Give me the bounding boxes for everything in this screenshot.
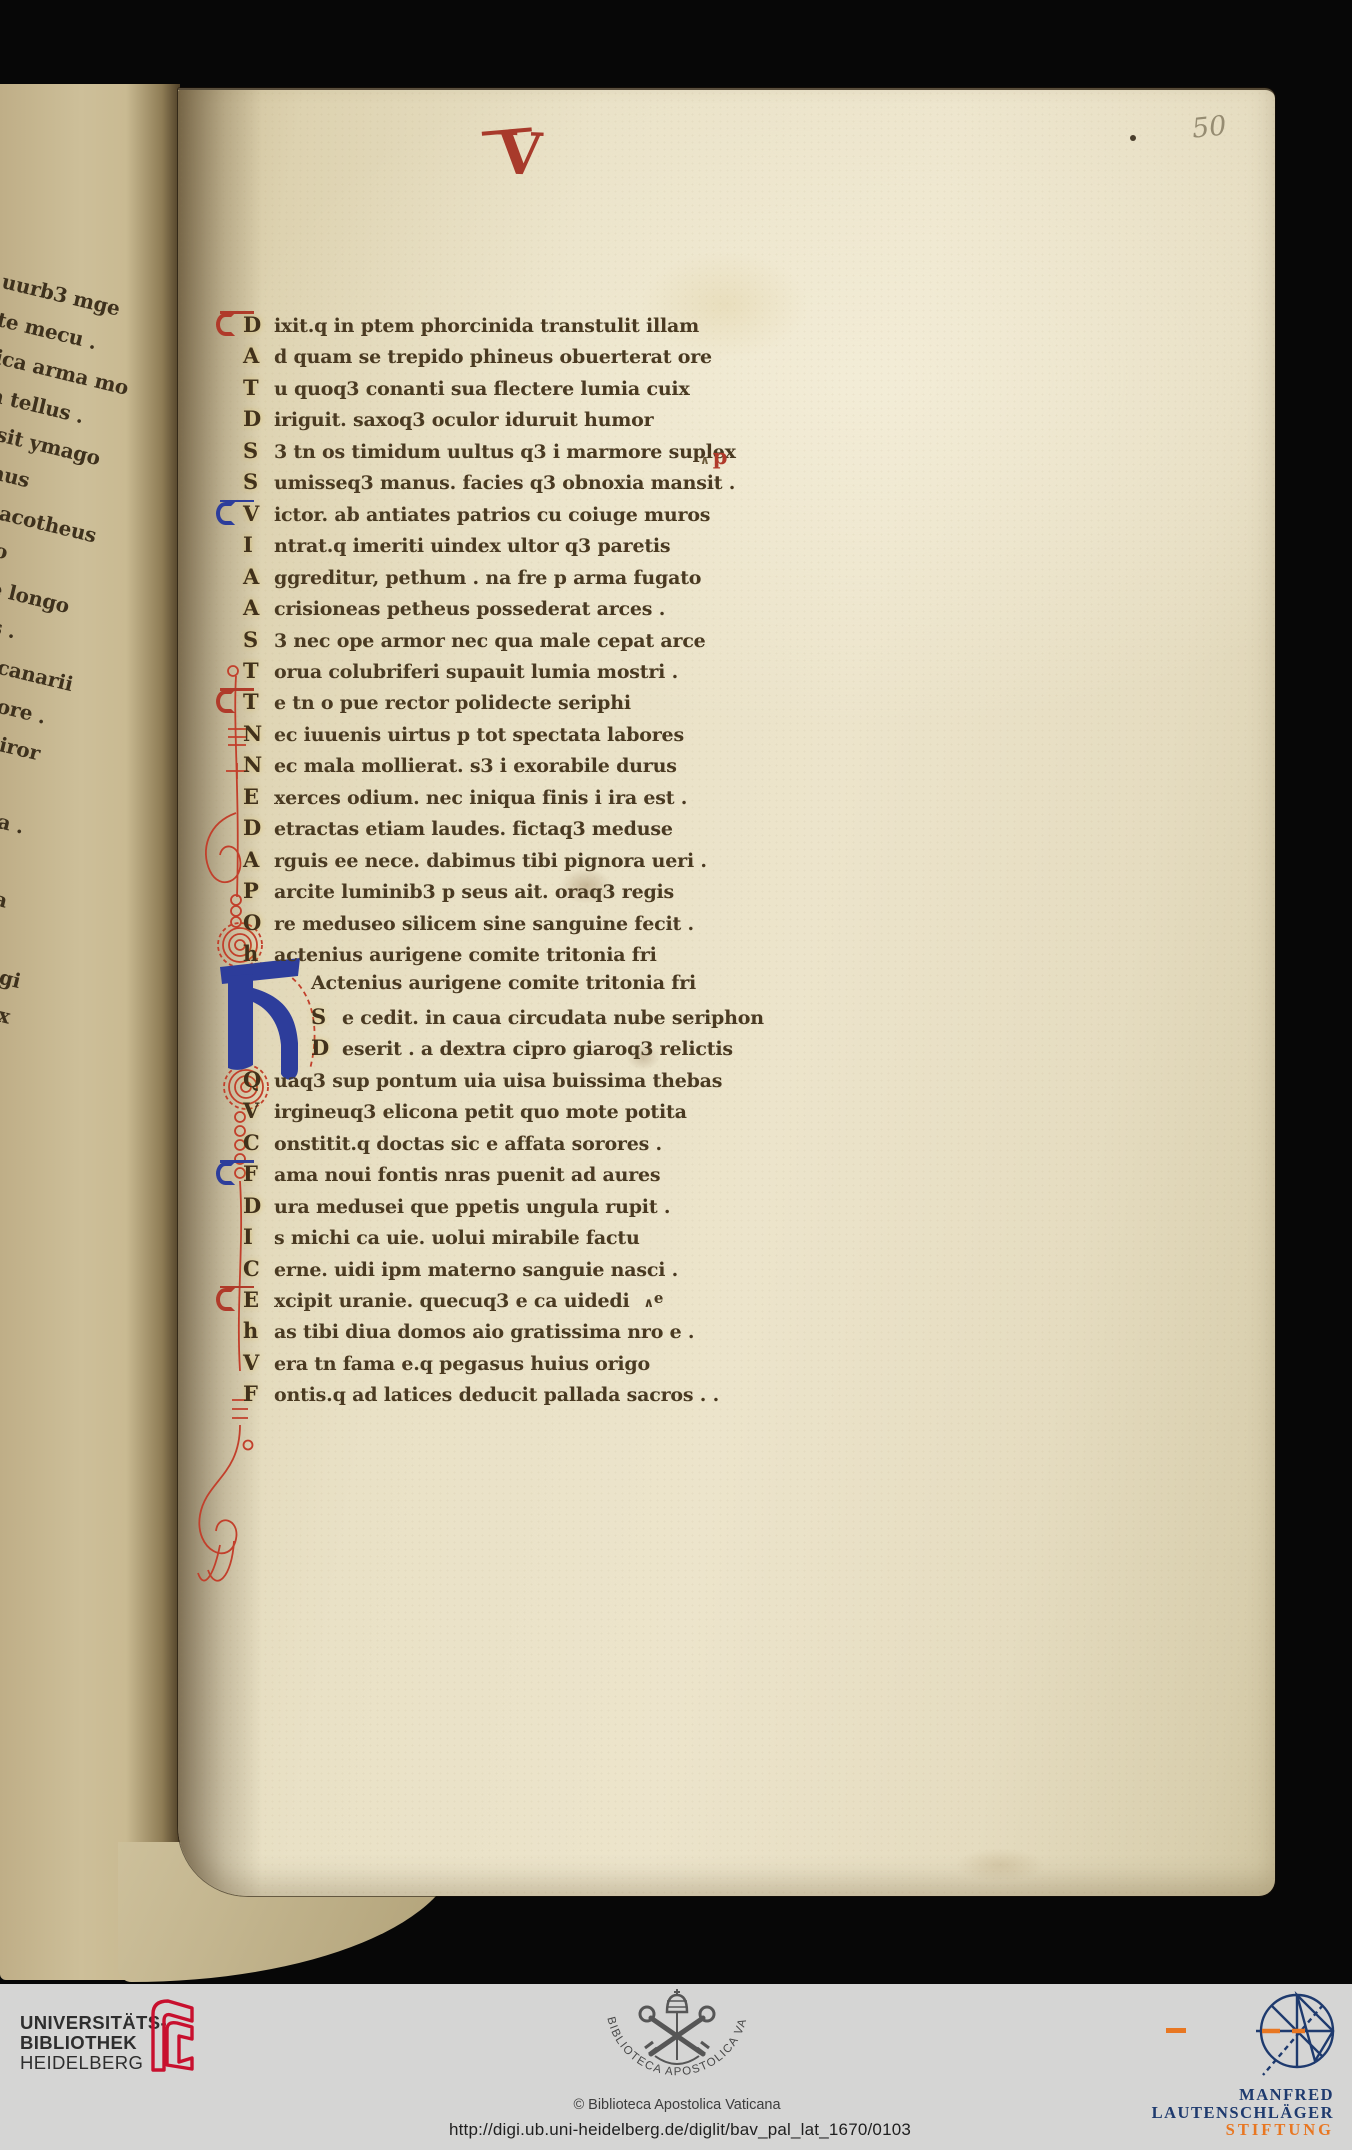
- line-text: s michi ca uie. uolui mirabile factu: [274, 1227, 640, 1249]
- line-text: umisseq3 manus. facies q3 obnoxia mansit…: [274, 472, 735, 494]
- paraph-mark-red: [216, 1288, 235, 1311]
- line-text: era tn fama e.q pegasus huius origo: [274, 1353, 650, 1375]
- line-initial: O: [243, 910, 274, 935]
- line-text: d quam se trepido phineus obuerterat ore: [274, 346, 712, 368]
- manuscript-line: Arguis ee nece. dabimus tibi pignora uer…: [243, 847, 707, 878]
- line-text: xcipit uranie. quecuq3 e ca uidedi: [274, 1290, 630, 1312]
- line-text: ura medusei que ppetis ungula rupit .: [274, 1196, 670, 1218]
- line-text: ictor. ab antiates patrios cu coiuge mur…: [274, 504, 710, 526]
- manuscript-line: Se cedit. in caua circudata nube seripho…: [311, 1004, 764, 1035]
- line-text: rguis ee nece. dabimus tibi pignora ueri…: [274, 850, 707, 872]
- line-initial: V: [243, 501, 274, 526]
- correction-caret: ∧: [644, 1296, 654, 1311]
- line-text: ama noui fontis nras puenit ad aures: [274, 1164, 660, 1186]
- manuscript-line: Torua colubriferi supauit lumia mostri .: [243, 658, 678, 689]
- line-initial: F: [243, 1161, 274, 1186]
- manuscript-line: Constitit.q doctas sic e affata sorores …: [243, 1130, 662, 1161]
- line-initial: V: [243, 1098, 274, 1123]
- margin-correction-note: p: [700, 444, 727, 469]
- manuscript-line: Sumisseq3 manus. facies q3 obnoxia mansi…: [243, 469, 735, 500]
- line-text: orua colubriferi supauit lumia mostri .: [274, 661, 678, 683]
- sponsor-line2: LAUTENSCHLÄGER: [1000, 2104, 1334, 2122]
- rubric-book-letter: V: [496, 119, 543, 189]
- manuscript-line: Deserit . a dextra cipro giaroq3 relicti…: [311, 1035, 733, 1066]
- line-initial: h: [243, 1318, 274, 1343]
- line-initial: S: [311, 1004, 342, 1029]
- line-initial: D: [311, 1035, 342, 1060]
- line-text: crisioneas petheus possederat arces .: [274, 598, 665, 620]
- line-initial: N: [243, 752, 274, 777]
- manuscript-line: Virgineuq3 elicona petit quo mote potita: [243, 1098, 687, 1129]
- manuscript-line: Aggreditur, pethum . na fre p arma fugat…: [243, 564, 701, 595]
- manuscript-line: has tibi diua domos aio gratissima nro e…: [243, 1318, 694, 1349]
- paraph-mark-blue: [216, 1162, 235, 1185]
- vatican-library-stamp-icon: BIBLIOTECA APOSTOLICA VATICANA: [597, 1986, 757, 2098]
- line-text: etractas etiam laudes. fictaq3 meduse: [274, 818, 673, 840]
- interlinear-correction: e: [654, 1289, 663, 1307]
- paraph-mark-blue: [216, 502, 235, 525]
- manuscript-line: Excipit uranie. quecuq3 e ca uidedi∧e: [243, 1287, 663, 1318]
- line-text: re meduseo silicem sine sanguine fecit .: [274, 913, 694, 935]
- manuscript-line: Tu quoq3 conanti sua flectere lumia cuix: [243, 375, 690, 406]
- lautenschlaeger-stiftung-logo-icon: [1254, 1986, 1342, 2084]
- manuscript-line: Actenius aurigene comite tritonia fri: [311, 972, 696, 1003]
- manuscript-line: Acrisioneas petheus possederat arces .: [243, 595, 665, 626]
- manuscript-line: Dura medusei que ppetis ungula rupit .: [243, 1193, 670, 1224]
- line-text: 3 nec ope armor nec qua male cepat arce: [274, 630, 706, 652]
- manuscript-line: Vera tn fama e.q pegasus huius origo: [243, 1350, 650, 1381]
- line-text: Actenius aurigene comite tritonia fri: [311, 972, 696, 994]
- line-initial: D: [243, 815, 274, 840]
- line-text: ixit.q in ptem phorcinida transtulit ill…: [274, 315, 699, 337]
- line-initial: S: [243, 627, 274, 652]
- line-initial: D: [243, 312, 274, 337]
- line-text: onstitit.q doctas sic e affata sorores .: [274, 1133, 662, 1155]
- sponsor-line1: MANFRED: [1000, 2086, 1334, 2104]
- manuscript-line: Parcite luminib3 p seus ait. oraq3 regis: [243, 878, 674, 909]
- line-initial: E: [243, 784, 274, 809]
- line-initial: Q: [243, 1067, 274, 1092]
- library-footer: UNIVERSITÄTS- BIBLIOTHEK HEIDELBERG BIBL…: [0, 1984, 1352, 2150]
- manuscript-line: Fontis.q ad latices deducit pallada sacr…: [243, 1381, 719, 1412]
- paraph-mark-red: [216, 690, 235, 713]
- manuscript-line: Te tn o pue rector polidecte seriphi: [243, 689, 631, 720]
- stamp-copyright: © Biblioteca Apostolica Vaticana: [477, 2097, 877, 2113]
- line-text: as tibi diua domos aio gratissima nro e …: [274, 1321, 694, 1343]
- line-text: ntrat.q imeriti uindex ultor q3 paretis: [274, 535, 670, 557]
- line-initial: A: [243, 847, 274, 872]
- line-text: ggreditur, pethum . na fre p arma fugato: [274, 567, 701, 589]
- manuscript-line: S3 nec ope armor nec qua male cepat arce: [243, 627, 706, 658]
- manuscript-line: Ad quam se trepido phineus obuerterat or…: [243, 343, 712, 374]
- manuscript-line: Exerces odium. nec iniqua finis i ira es…: [243, 784, 687, 815]
- manuscript-line: Quaq3 sup pontum uia uisa buissima theba…: [243, 1067, 722, 1098]
- scanned-manuscript-page: { "colors":{"rubric_red":"#b03a2a","init…: [0, 0, 1352, 2150]
- line-initial: h: [243, 941, 274, 966]
- line-text: arcite luminib3 p seus ait. oraq3 regis: [274, 881, 674, 903]
- line-initial: P: [243, 878, 274, 903]
- manuscript-line: S3 tn os timidum uultus q3 i marmore sup…: [243, 438, 736, 469]
- line-initial: D: [243, 1193, 274, 1218]
- line-initial: I: [243, 1224, 274, 1249]
- line-initial: T: [243, 689, 274, 714]
- line-text: uaq3 sup pontum uia uisa buissima thebas: [274, 1070, 722, 1092]
- manuscript-line: Nec iuuenis uirtus p tot spectata labore…: [243, 721, 684, 752]
- line-text: xerces odium. nec iniqua finis i ira est…: [274, 787, 687, 809]
- sponsor-wordmark: MANFRED LAUTENSCHLÄGER STIFTUNG: [1000, 2086, 1334, 2139]
- manuscript-line: Is michi ca uie. uolui mirabile factu: [243, 1224, 640, 1255]
- facing-page-strip: mm no uurb3 mgex. icurrite mecu .ene mag…: [0, 84, 180, 1980]
- manuscript-line: hactenius aurigene comite tritonia fri: [243, 941, 657, 972]
- line-initial: C: [243, 1130, 274, 1155]
- line-initial: A: [243, 595, 274, 620]
- manuscript-line: Dixit.q in ptem phorcinida transtulit il…: [243, 312, 699, 343]
- line-initial: C: [243, 1256, 274, 1281]
- line-text: e cedit. in caua circudata nube seriphon: [342, 1007, 764, 1029]
- manuscript-line: Victor. ab antiates patrios cu coiuge mu…: [243, 501, 710, 532]
- line-initial: T: [243, 375, 274, 400]
- ub-heidelberg-logo-icon: [137, 1994, 195, 2074]
- manuscript-line: Fama noui fontis nras puenit ad aures: [243, 1161, 660, 1192]
- line-initial: V: [243, 1350, 274, 1375]
- line-text: ontis.q ad latices deducit pallada sacro…: [274, 1384, 719, 1406]
- line-initial: S: [243, 438, 274, 463]
- line-text: eserit . a dextra cipro giaroq3 relictis: [342, 1038, 733, 1060]
- line-initial: E: [243, 1287, 274, 1312]
- line-initial: I: [243, 532, 274, 557]
- line-text: e tn o pue rector polidecte seriphi: [274, 692, 631, 714]
- line-initial: A: [243, 564, 274, 589]
- line-initial: A: [243, 343, 274, 368]
- line-initial: N: [243, 721, 274, 746]
- line-initial: D: [243, 406, 274, 431]
- line-text: 3 tn os timidum uultus q3 i marmore supl…: [274, 441, 736, 463]
- facing-page-text: mm no uurb3 mgex. icurrite mecu .ene mag…: [0, 244, 180, 1598]
- line-text: erne. uidi ipm materno sanguie nasci .: [274, 1259, 678, 1281]
- line-text: ec iuuenis uirtus p tot spectata labores: [274, 724, 684, 746]
- manuscript-line: Intrat.q imeriti uindex ultor q3 paretis: [243, 532, 670, 563]
- line-text: iriguit. saxoq3 oculor iduruit humor: [274, 409, 653, 431]
- line-text: u quoq3 conanti sua flectere lumia cuix: [274, 378, 690, 400]
- manuscript-line: Ore meduseo silicem sine sanguine fecit …: [243, 910, 694, 941]
- sponsor-dash-icon: [1166, 2028, 1186, 2033]
- manuscript-line: Diriguit. saxoq3 oculor iduruit humor: [243, 406, 653, 437]
- line-text: irgineuq3 elicona petit quo mote potita: [274, 1101, 687, 1123]
- manuscript-line: Nec mala mollierat. s3 i exorabile durus: [243, 752, 677, 783]
- manuscript-line: Detractas etiam laudes. fictaq3 meduse: [243, 815, 673, 846]
- folio-number: 50: [1190, 110, 1227, 144]
- sponsor-line3: STIFTUNG: [1000, 2121, 1334, 2139]
- source-url: http://digi.ub.uni-heidelberg.de/diglit/…: [370, 2120, 990, 2140]
- paraph-mark-red: [216, 313, 235, 336]
- line-text: ec mala mollierat. s3 i exorabile durus: [274, 755, 677, 777]
- line-initial: T: [243, 658, 274, 683]
- line-initial: S: [243, 469, 274, 494]
- manuscript-line: Cerne. uidi ipm materno sanguie nasci .: [243, 1256, 678, 1287]
- line-text: actenius aurigene comite tritonia fri: [274, 944, 657, 966]
- line-initial: F: [243, 1381, 274, 1406]
